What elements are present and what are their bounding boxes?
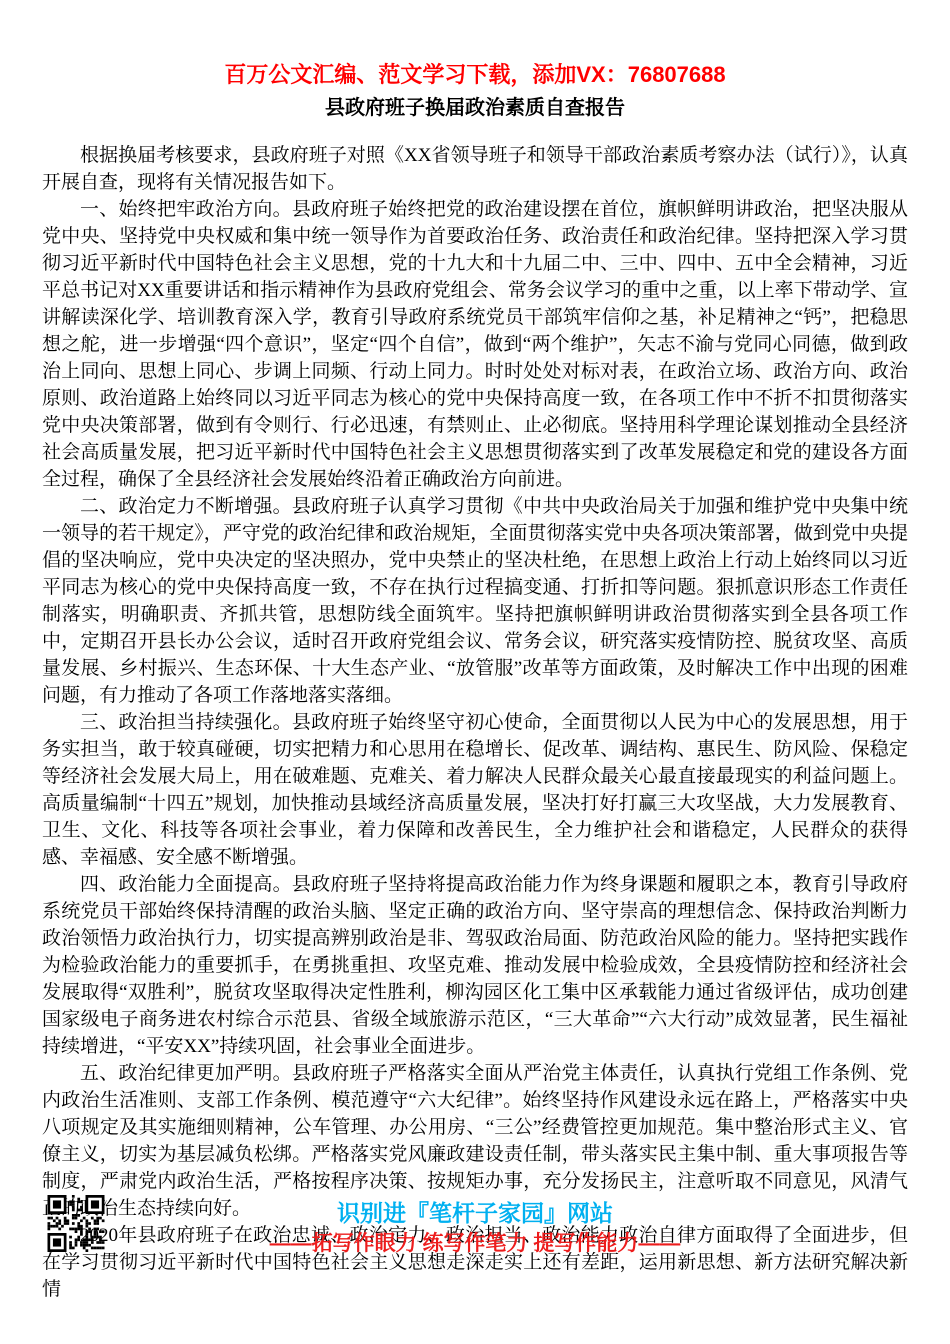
paragraph: 一、始终把牢政治方向。县政府班子始终把党的政治建设摆在首位，旗帜鲜明讲政治，把坚… <box>42 196 908 493</box>
document-page: 百万公文汇编、范文学习下载，添加VX：76807688 县政府班子换届政治素质自… <box>0 0 950 1344</box>
document-body: 根据换届考核要求，县政府班子对照《XX省领导班子和领导干部政治素质考察办法（试行… <box>42 142 908 1303</box>
paragraph: 四、政治能力全面提高。县政府班子坚持将提高政治能力作为终身课题和履职之本，教育引… <box>42 871 908 1060</box>
paragraph: 二、政治定力不断增强。县政府班子认真学习贯彻《中共中央政治局关于加强和维护党中央… <box>42 493 908 709</box>
paragraph: 根据换届考核要求，县政府班子对照《XX省领导班子和领导干部政治素质考察办法（试行… <box>42 142 908 196</box>
footer-slogan-text: ——拓写作眼力 练写作笔力 提写作能力—— <box>0 1230 950 1258</box>
promo-banner: 百万公文汇编、范文学习下载，添加VX：76807688 <box>0 0 950 88</box>
paragraph: 三、政治担当持续强化。县政府班子始终坚守初心使命，全面贯彻以人民为中心的发展思想… <box>42 709 908 871</box>
page-title: 县政府班子换届政治素质自查报告 <box>0 96 950 120</box>
footer-website-text: 识别进『笔杆子家园』网站 <box>0 1198 950 1228</box>
